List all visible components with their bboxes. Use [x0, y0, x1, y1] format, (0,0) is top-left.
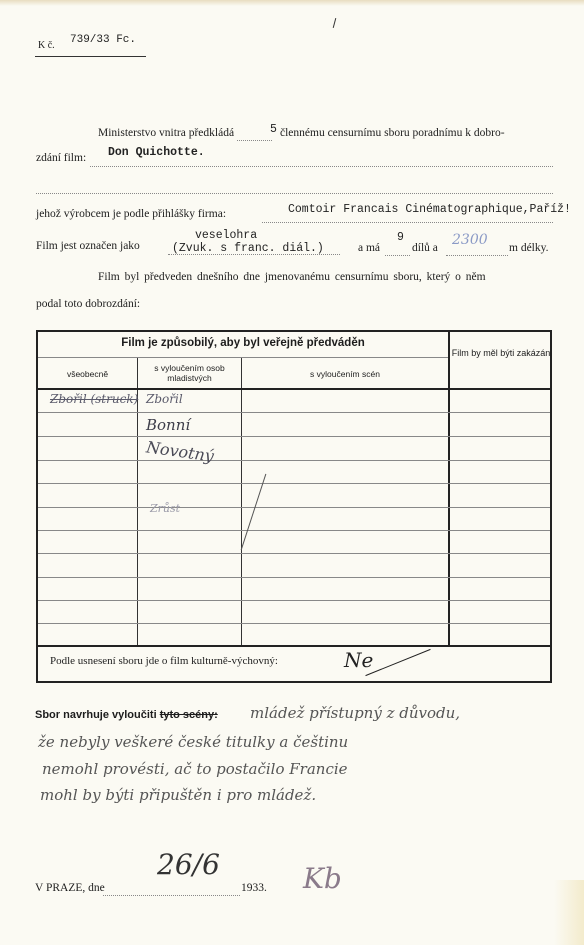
ref-underline — [35, 56, 146, 57]
divider — [38, 357, 448, 358]
divider — [38, 507, 550, 508]
length-field: 2300 — [446, 242, 508, 256]
divider — [38, 553, 550, 554]
exclusion-label-wrap: Sbor navrhuje vyloučiti tyto scény: — [35, 709, 218, 721]
exclusion-line: mládež přístupný z důvodu, — [250, 704, 460, 722]
genre: veselohra — [195, 229, 257, 242]
genre-field: veselohra (Zvuk. s franc. diál.) — [168, 240, 340, 255]
divider — [38, 530, 550, 531]
youth-entry: Zrůst — [150, 502, 180, 515]
shown-text: Film byl předveden dnešního dne jmenovan… — [98, 271, 486, 283]
pen-stroke — [365, 649, 430, 676]
blank-line — [36, 192, 553, 194]
parts-label: a má — [358, 242, 380, 254]
ref-label: K č. — [38, 40, 55, 51]
year: 1933. — [241, 882, 267, 894]
pencil-mark — [333, 18, 337, 28]
date-field: 26/6 — [103, 882, 240, 896]
youth-entry: Zbořil — [146, 392, 183, 406]
divider — [38, 623, 550, 624]
length-suffix: m délky. — [509, 242, 549, 254]
divider — [38, 460, 550, 461]
producer-label: jehož výrobcem je podle přihlášky firma: — [36, 208, 226, 220]
exclusion-label: Sbor navrhuje vyloučiti — [35, 709, 157, 721]
intro-text-1: Ministerstvo vnitra předkládá — [98, 127, 234, 139]
cultural-label: Podle usnesení sboru jde o film kulturně… — [50, 655, 278, 667]
general-entry: Zbořil (struck) — [50, 392, 138, 406]
place-label: V PRAZE, dne — [35, 882, 105, 894]
col-general: všeobecně — [38, 369, 137, 379]
youth-entry: Bonní — [146, 416, 190, 434]
parts-field: 9 — [385, 242, 410, 256]
film-label: zdání film: — [36, 152, 86, 164]
producer-field: Comtoir Francais Cinématographique,Paříž… — [262, 208, 553, 223]
parts: 9 — [397, 231, 404, 244]
col-youth-line1: s vyloučením osob — [138, 363, 241, 373]
exclusion-line: mohl by býti připuštěn i pro mládež. — [40, 786, 316, 804]
film-title-field: Don Quichotte. — [90, 152, 553, 167]
member-count: 5 — [270, 123, 277, 136]
exclusion-line: nemohl provésti, ač to postačilo Francie — [42, 760, 348, 778]
divider — [38, 577, 550, 578]
header-banned: Film by měl býti zakázán — [450, 348, 552, 359]
header-main: Film je způsobilý, aby byl veřejně předv… — [38, 337, 448, 349]
parts-suffix: dílů a — [412, 242, 438, 254]
date-day: 26/6 — [157, 848, 220, 881]
exclusion-line: že nebyly veškeré české titulky a češtin… — [38, 733, 348, 751]
ref-number: 739/33 Fc. — [70, 34, 136, 46]
youth-entry: Novotný — [145, 437, 215, 465]
col-youth-line2: mladistvých — [138, 373, 241, 383]
divider — [38, 483, 550, 484]
intro-text-2: člennému censurnímu sboru poradnímu k do… — [280, 127, 505, 139]
member-count-field: 5 — [237, 127, 272, 141]
opinion-label: podal toto dobrozdání: — [36, 298, 140, 310]
exclusion-struck: tyto scény: — [160, 709, 218, 721]
censorship-table: Film je způsobilý, aby byl veřejně předv… — [36, 330, 552, 683]
length: 2300 — [452, 232, 488, 248]
divider — [38, 412, 550, 413]
paper-edge-stain — [0, 0, 584, 6]
col-youth: s vyloučením osob mladistvých — [138, 363, 241, 383]
cultural-value: Ne — [344, 648, 373, 672]
col-scenes: s vyloučením scén — [242, 369, 448, 379]
film-title: Don Quichotte. — [108, 146, 205, 159]
pen-stroke — [241, 474, 267, 550]
genre-note: (Zvuk. s franc. diál.) — [172, 242, 324, 255]
divider — [38, 600, 550, 601]
producer: Comtoir Francais Cinématographique,Paříž… — [288, 203, 571, 216]
divider — [241, 358, 242, 645]
divider — [38, 645, 550, 647]
signature: Kb — [303, 862, 342, 895]
divider — [448, 332, 450, 645]
designation-label: Film jest označen jako — [36, 240, 140, 252]
divider — [38, 436, 550, 437]
paper-corner-stain — [554, 880, 584, 945]
divider — [38, 388, 550, 390]
